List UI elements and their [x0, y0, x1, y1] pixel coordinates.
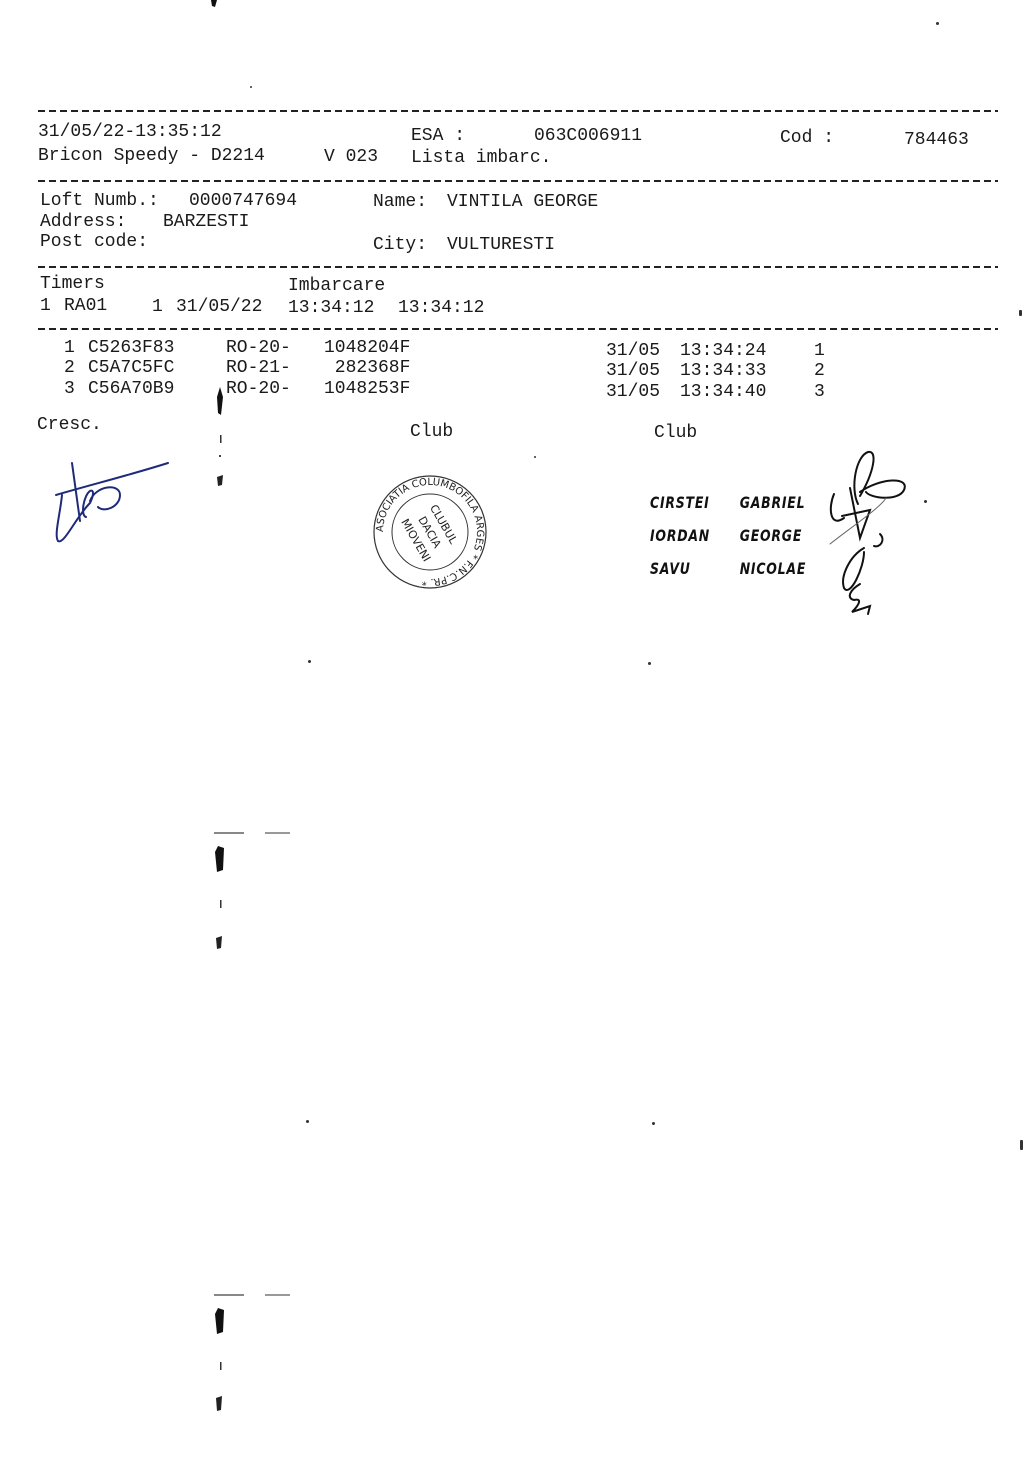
list-title: Lista imbarc.: [411, 148, 551, 169]
bird-date: 31/05: [606, 341, 660, 362]
loft-number-label: Loft Numb.:: [40, 191, 159, 212]
city-label: City:: [373, 235, 427, 256]
club-label-1: Club: [410, 422, 453, 443]
scan-artifact-icon: [210, 1292, 300, 1417]
commission-signature-icon: [820, 448, 920, 623]
esa-label: ESA :: [411, 126, 465, 147]
print-datetime: 31/05/22-13:35:12: [38, 122, 222, 143]
scan-artifact-icon: [210, 385, 230, 495]
breeder-signature-icon: [50, 455, 180, 555]
commission-first-name: SAVU: [650, 552, 740, 585]
bird-number: 1: [64, 338, 75, 359]
bird-ring-prefix: RO-21-: [226, 358, 291, 379]
bird-sequence: 3: [814, 382, 825, 403]
scan-artifact-icon: [205, 0, 225, 8]
address-label: Address:: [40, 212, 126, 233]
bird-ring-number: 282368F: [335, 358, 411, 379]
divider: [38, 328, 998, 330]
esa-value: 063C006911: [534, 126, 642, 147]
name-value: VINTILA GEORGE: [447, 192, 598, 213]
bird-chip-id: C56A70B9: [88, 379, 174, 400]
timer-date: 31/05/22: [176, 297, 262, 318]
bird-ring-prefix: RO-20-: [226, 379, 291, 400]
embarkation-list-document: 31/05/22-13:35:12 ESA : 063C006911 Cod :…: [0, 0, 1024, 1475]
commission-last-name: NICOLAE: [740, 552, 806, 585]
imbarcare-label: Imbarcare: [288, 276, 385, 297]
bird-time: 13:34:24: [680, 341, 766, 362]
bird-date: 31/05: [606, 361, 660, 382]
bird-date: 31/05: [606, 382, 660, 403]
commission-first-name: IORDAN: [650, 519, 740, 552]
cod-label: Cod :: [780, 128, 834, 149]
bird-number: 3: [64, 379, 75, 400]
scan-artifact-icon: [210, 830, 300, 955]
timer-index: 1: [40, 296, 51, 317]
divider: [38, 180, 998, 182]
address-value: BARZESTI: [163, 212, 249, 233]
timers-label: Timers: [40, 274, 105, 295]
timer-count: 1: [152, 297, 163, 318]
device-version: V 023: [324, 147, 378, 168]
loft-number-value: 0000747694: [189, 191, 297, 212]
commission-first-name: CIRSTEI: [650, 486, 740, 519]
city-value: VULTURESTI: [447, 235, 555, 256]
bird-ring-number: 1048204F: [324, 338, 410, 359]
timer-start: 13:34:12: [288, 298, 374, 319]
divider: [38, 266, 998, 268]
bird-time: 13:34:33: [680, 361, 766, 382]
timer-id: RA01: [64, 296, 107, 317]
bird-sequence: 2: [814, 361, 825, 382]
club-stamp-icon: ASOCIATIA COLUMBOFILA ARGES * F.N.C.PR. …: [368, 474, 492, 590]
bird-time: 13:34:40: [680, 382, 766, 403]
name-label: Name:: [373, 192, 427, 213]
timer-end: 13:34:12: [398, 298, 484, 319]
postcode-label: Post code:: [40, 232, 148, 253]
bird-sequence: 1: [814, 341, 825, 362]
commission-names: CIRSTEIGABRIEL IORDANGEORGE SAVUNICOLAE: [650, 486, 806, 585]
cod-value: 784463: [904, 130, 969, 151]
commission-last-name: GABRIEL: [740, 486, 806, 519]
bird-ring-prefix: RO-20-: [226, 338, 291, 359]
bird-chip-id: C5263F83: [88, 338, 174, 359]
bird-ring-number: 1048253F: [324, 379, 410, 400]
commission-last-name: GEORGE: [740, 519, 802, 552]
bird-number: 2: [64, 358, 75, 379]
divider: [38, 110, 998, 112]
breeder-label: Cresc.: [37, 415, 102, 436]
club-label-2: Club: [654, 423, 697, 444]
device-name: Bricon Speedy - D2214: [38, 146, 265, 167]
bird-chip-id: C5A7C5FC: [88, 358, 174, 379]
